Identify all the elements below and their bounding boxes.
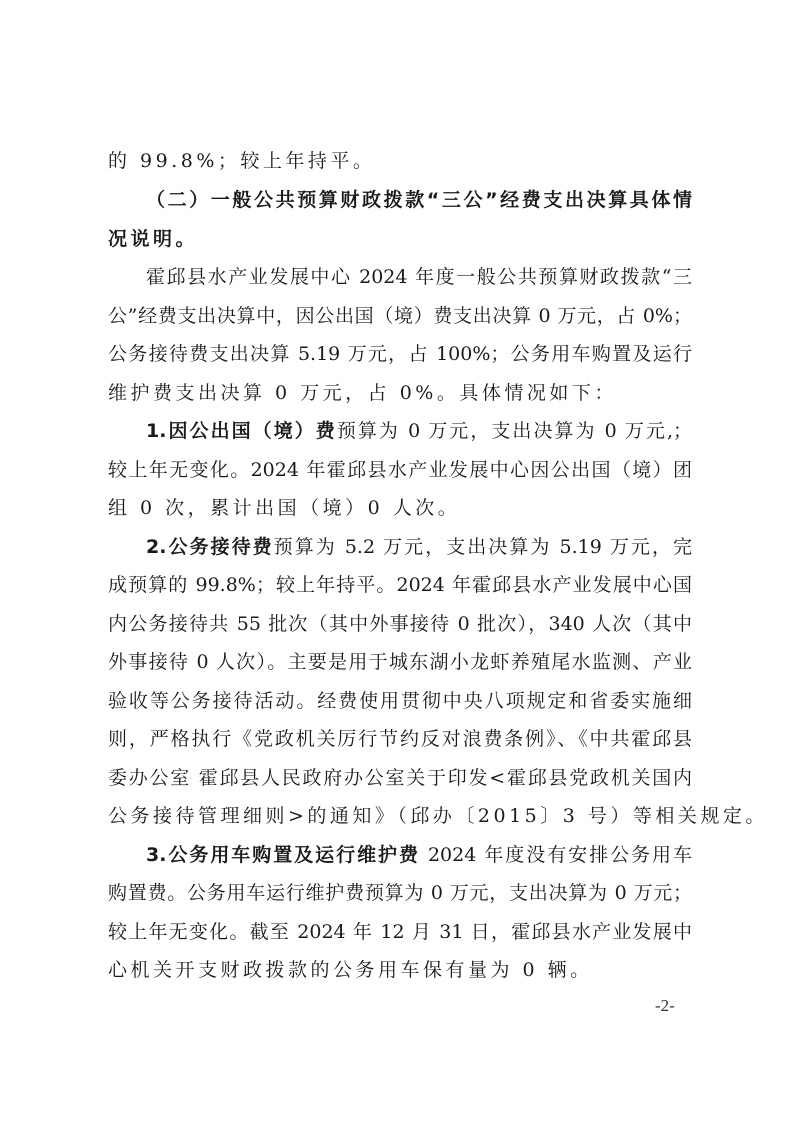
text: 验收等公务接待活动。经费使用贯彻中央八项规定和省委实施细 [108, 690, 692, 712]
paragraph-line: 较上年无变化。截至 2024 年 12 月 31 日，霍邱县水产业发展中 [108, 917, 692, 947]
item-2-line: 2.公务接待费预算为 5.2 万元，支出决算为 5.19 万元，完 [146, 532, 692, 562]
paragraph-line: 成预算的 99.8%；较上年持平。2024 年霍邱县水产业发展中心国 [108, 570, 692, 600]
line-continuation: 的 99.8%；较上年持平。 [108, 146, 692, 176]
text: 组 0 次，累计出国（境）0 人次。 [108, 497, 460, 519]
text: 成预算的 99.8%；较上年持平。2024 年霍邱县水产业发展中心国 [108, 574, 692, 596]
text: 公”经费支出决算中，因公出国（境）费支出决算 0 万元，占 0%； [108, 305, 692, 327]
paragraph-line: 内公务接待共 55 批次（其中外事接待 0 批次），340 人次（其中 [108, 609, 692, 639]
heading-text: （二）一般公共预算财政拨款“三公”经费支出决算具体情 [146, 189, 692, 211]
item-title: 3.公务用车购置及运行维护费 [146, 844, 420, 866]
document-page: 的 99.8%；较上年持平。 （二）一般公共预算财政拨款“三公”经费支出决算具体… [0, 0, 793, 1122]
paragraph-line: 公务接待费支出决算 5.19 万元，占 100%；公务用车购置及运行 [108, 339, 692, 369]
text: 维护费支出决算 0 万元，占 0%。具体情况如下： [108, 382, 617, 404]
paragraph-line: 维护费支出决算 0 万元，占 0%。具体情况如下： [108, 378, 692, 408]
page-number: -2- [655, 996, 675, 1016]
text: 较上年无变化。2024 年霍邱县水产业发展中心因公出国（境）团 [108, 459, 692, 481]
section-heading: （二）一般公共预算财政拨款“三公”经费支出决算具体情 [146, 185, 692, 215]
text: 外事接待 0 人次）。主要是用于城东湖小龙虾养殖尾水监测、产业 [108, 651, 692, 673]
paragraph-line: 验收等公务接待活动。经费使用贯彻中央八项规定和省委实施细 [108, 686, 692, 716]
paragraph-line: 则，严格执行《党政机关厉行节约反对浪费条例》、《中共霍邱县 [108, 724, 692, 754]
text: 心机关开支财政拨款的公务用车保有量为 0 辆。 [108, 959, 593, 981]
text: 内公务接待共 55 批次（其中外事接待 0 批次），340 人次（其中 [108, 613, 692, 635]
item-3-line: 3.公务用车购置及运行维护费 2024 年度没有安排公务用车 [146, 840, 692, 870]
text: 则，严格执行《党政机关厉行节约反对浪费条例》、《中共霍邱县 [108, 728, 692, 750]
paragraph-line: 霍邱县水产业发展中心 2024 年度一般公共预算财政拨款“三 [146, 262, 692, 292]
paragraph-line: 公务接待管理细则>的通知》（邱办〔2015〕3 号）等相关规定。 [108, 801, 692, 831]
paragraph-line: 公”经费支出决算中，因公出国（境）费支出决算 0 万元，占 0%； [108, 301, 692, 331]
text: 公务接待费支出决算 5.19 万元，占 100%；公务用车购置及运行 [108, 343, 692, 365]
text: 预算为 5.2 万元，支出决算为 5.19 万元，完 [274, 536, 692, 558]
text: 较上年无变化。截至 2024 年 12 月 31 日，霍邱县水产业发展中 [108, 921, 692, 943]
text: 委办公室 霍邱县人民政府办公室关于印发<霍邱县党政机关国内 [108, 767, 692, 789]
paragraph-line: 外事接待 0 人次）。主要是用于城东湖小龙虾养殖尾水监测、产业 [108, 647, 692, 677]
paragraph-line: 心机关开支财政拨款的公务用车保有量为 0 辆。 [108, 955, 692, 985]
item-title: 1.因公出国（境）费 [146, 420, 337, 442]
paragraph-line: 较上年无变化。2024 年霍邱县水产业发展中心因公出国（境）团 [108, 455, 692, 485]
text: 霍邱县水产业发展中心 2024 年度一般公共预算财政拨款“三 [146, 266, 692, 288]
paragraph-line: 购置费。公务用车运行维护费预算为 0 万元，支出决算为 0 万元； [108, 878, 692, 908]
item-1-line: 1.因公出国（境）费预算为 0 万元，支出决算为 0 万元,； [146, 416, 692, 446]
item-title: 2.公务接待费 [146, 536, 274, 558]
paragraph-line: 委办公室 霍邱县人民政府办公室关于印发<霍邱县党政机关国内 [108, 763, 692, 793]
text: 公务接待管理细则>的通知》（邱办〔2015〕3 号）等相关规定。 [108, 805, 768, 827]
text: 的 99.8%；较上年持平。 [108, 150, 375, 172]
text: 2024 年度没有安排公务用车 [420, 844, 692, 866]
section-heading-cont: 况说明。 [108, 224, 692, 254]
heading-text: 况说明。 [108, 228, 198, 250]
text: 购置费。公务用车运行维护费预算为 0 万元，支出决算为 0 万元； [108, 882, 692, 904]
paragraph-line: 组 0 次，累计出国（境）0 人次。 [108, 493, 692, 523]
text: 预算为 0 万元，支出决算为 0 万元,； [337, 420, 692, 442]
